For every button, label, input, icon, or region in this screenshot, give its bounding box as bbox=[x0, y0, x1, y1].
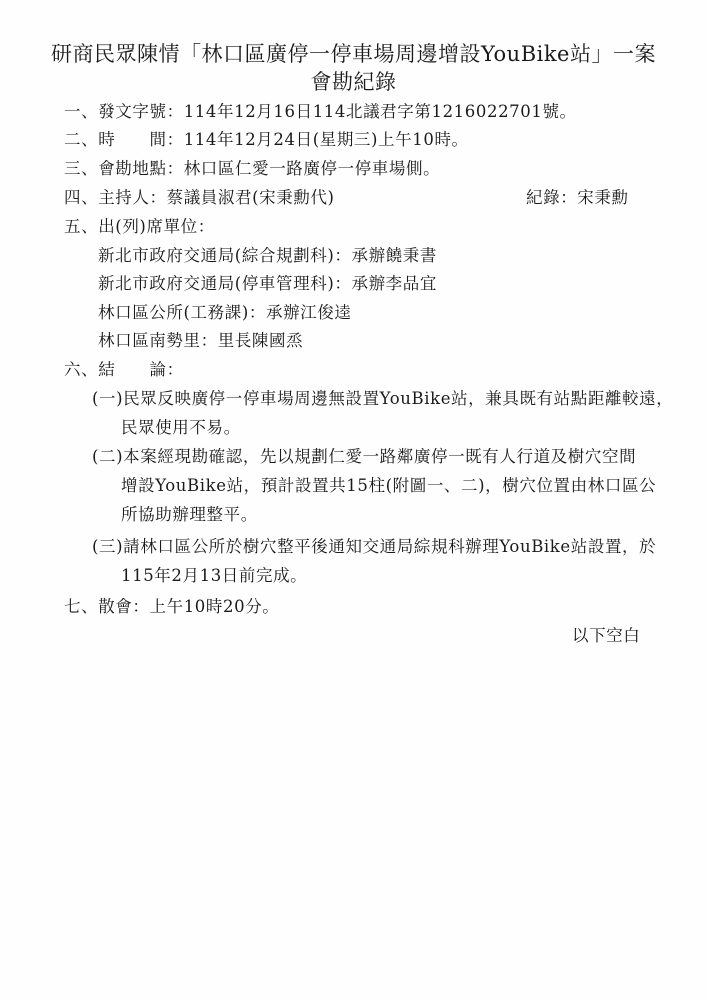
item-label: 五、出(列)席單位： bbox=[64, 217, 215, 236]
conclusion-2-line-3: 所協助辦理整平。 bbox=[121, 501, 258, 525]
recorder: 紀錄：宋秉勳 bbox=[526, 184, 629, 208]
conclusion-2-line-2: 增設YouBike站，預計設置共15柱(附圖一、二)，樹穴位置由林口區公 bbox=[121, 472, 656, 496]
conclusion-3-line-2: 115年2月13日前完成。 bbox=[121, 562, 307, 586]
conclusion-label: 六、結 論： bbox=[64, 356, 184, 380]
item-location: 三、會勘地點：林口區仁愛一路廣停一停車場側。 bbox=[64, 155, 440, 179]
item-host: 四、主持人：蔡議員淑君(宋秉勳代) bbox=[64, 184, 335, 208]
item-value: 114年12月16日114北議君字第1216022701號。 bbox=[184, 102, 577, 121]
item-value: 蔡議員淑君(宋秉勳代) bbox=[167, 188, 335, 207]
item-label: 一、發文字號： bbox=[64, 102, 184, 121]
conclusion-2-line-1: (二)本案經現勘確認，先以規劃仁愛一路鄰廣停一既有人行道及樹穴空間 bbox=[92, 443, 636, 467]
item-time: 二、時 間：114年12月24日(星期三)上午10時。 bbox=[64, 126, 469, 150]
item-document-number: 一、發文字號：114年12月16日114北議君字第1216022701號。 bbox=[64, 98, 577, 122]
attendee: 新北市政府交通局(停車管理科)：承辦李品宜 bbox=[98, 270, 437, 294]
item-label: 二、時 間： bbox=[64, 130, 184, 149]
document-subtitle: 會勘紀錄 bbox=[0, 66, 707, 96]
attendee: 林口區南勢里：里長陳國烝 bbox=[98, 327, 303, 351]
end-note: 以下空白 bbox=[572, 622, 640, 646]
item-attendees-label: 五、出(列)席單位： bbox=[64, 213, 215, 237]
adjourn-time: 七、散會：上午10時20分。 bbox=[64, 593, 279, 617]
item-value: 林口區仁愛一路廣停一停車場側。 bbox=[184, 159, 441, 178]
item-value: 114年12月24日(星期三)上午10時。 bbox=[184, 130, 469, 149]
attendee: 林口區公所(工務課)：承辦江俊逵 bbox=[98, 299, 351, 323]
conclusion-1-line-2: 民眾使用不易。 bbox=[121, 414, 241, 438]
item-label: 三、會勘地點： bbox=[64, 159, 184, 178]
item-label: 四、主持人： bbox=[64, 188, 167, 207]
document-title: 研商民眾陳情「林口區廣停一停車場周邊增設YouBike站」一案 bbox=[0, 38, 707, 68]
conclusion-3-line-1: (三)請林口區公所於樹穴整平後通知交通局綜規科辦理YouBike站設置，於 bbox=[92, 533, 656, 557]
attendee: 新北市政府交通局(綜合規劃科)：承辦饒秉書 bbox=[98, 242, 437, 266]
conclusion-1-line-1: (一)民眾反映廣停一停車場周邊無設置YouBike站，兼具既有站點距離較遠， bbox=[92, 385, 673, 409]
